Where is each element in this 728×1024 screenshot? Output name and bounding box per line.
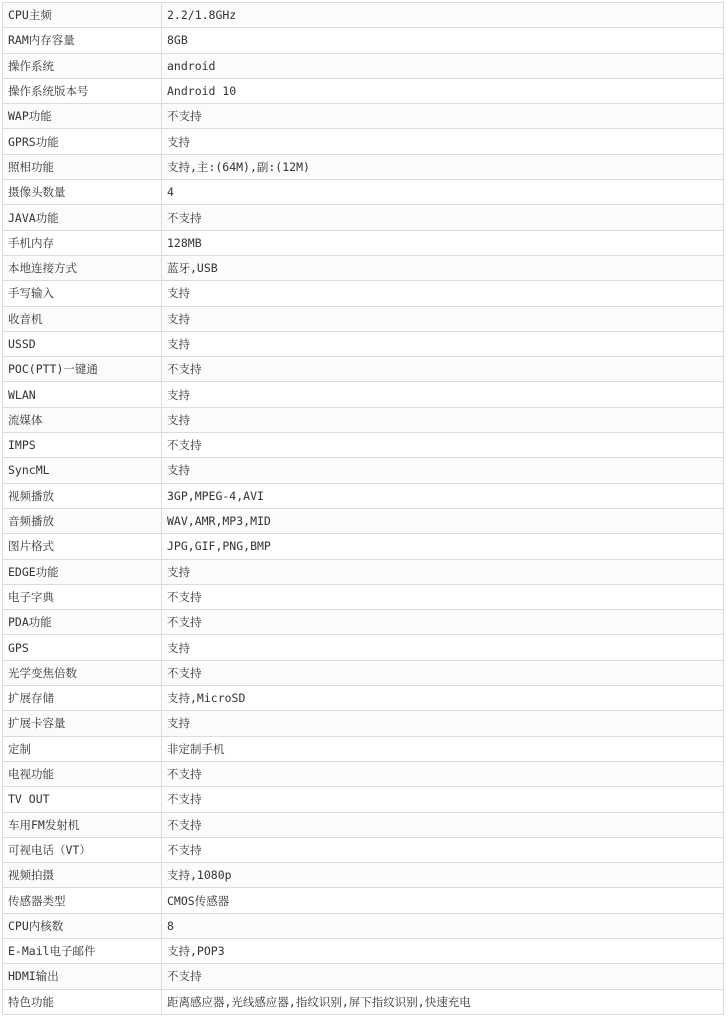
spec-value: 不支持 [162, 205, 724, 230]
spec-table-body: CPU主频2.2/1.8GHzRAM内存容量8GB操作系统android操作系统… [3, 3, 724, 1015]
spec-row: 流媒体支持 [3, 407, 724, 432]
spec-label: 摄像头数量 [3, 180, 162, 205]
spec-label: RAM内存容量 [3, 28, 162, 53]
spec-row: 操作系统版本号Android 10 [3, 78, 724, 103]
spec-row: TV OUT不支持 [3, 787, 724, 812]
spec-row: HDMI输出不支持 [3, 964, 724, 989]
spec-label: 音频播放 [3, 508, 162, 533]
spec-row: 扩展卡容量支持 [3, 711, 724, 736]
spec-row: 音频播放WAV,AMR,MP3,MID [3, 508, 724, 533]
spec-row: E-Mail电子邮件支持,POP3 [3, 938, 724, 963]
spec-label: CPU主频 [3, 3, 162, 28]
spec-value: 不支持 [162, 964, 724, 989]
spec-value: 不支持 [162, 787, 724, 812]
spec-value: 不支持 [162, 812, 724, 837]
spec-label: JAVA功能 [3, 205, 162, 230]
spec-row: 操作系统android [3, 53, 724, 78]
spec-label: 收音机 [3, 306, 162, 331]
spec-value: android [162, 53, 724, 78]
spec-row: JAVA功能不支持 [3, 205, 724, 230]
spec-label: 操作系统 [3, 53, 162, 78]
spec-value: 8 [162, 913, 724, 938]
spec-label: 光学变焦倍数 [3, 660, 162, 685]
spec-label: PDA功能 [3, 610, 162, 635]
spec-label: 流媒体 [3, 407, 162, 432]
spec-row: EDGE功能支持 [3, 559, 724, 584]
spec-row: POC(PTT)一键通不支持 [3, 357, 724, 382]
spec-value: 支持 [162, 382, 724, 407]
spec-value: 不支持 [162, 433, 724, 458]
spec-value: 支持,1080p [162, 863, 724, 888]
spec-value: 支持 [162, 635, 724, 660]
spec-label: 定制 [3, 736, 162, 761]
spec-row: WAP功能不支持 [3, 104, 724, 129]
spec-label: 照相功能 [3, 154, 162, 179]
spec-value: Android 10 [162, 78, 724, 103]
spec-row: WLAN支持 [3, 382, 724, 407]
spec-row: CPU主频2.2/1.8GHz [3, 3, 724, 28]
spec-value: 蓝牙,USB [162, 255, 724, 280]
spec-label: 扩展存储 [3, 686, 162, 711]
spec-row: 可视电话（VT）不支持 [3, 837, 724, 862]
spec-row: 传感器类型CMOS传感器 [3, 888, 724, 913]
spec-row: 收音机支持 [3, 306, 724, 331]
spec-label: 本地连接方式 [3, 255, 162, 280]
spec-row: 手机内存128MB [3, 230, 724, 255]
spec-value: 支持,POP3 [162, 938, 724, 963]
spec-row: 摄像头数量4 [3, 180, 724, 205]
spec-value: 不支持 [162, 837, 724, 862]
spec-label: GPS [3, 635, 162, 660]
spec-label: 图片格式 [3, 534, 162, 559]
spec-table: CPU主频2.2/1.8GHzRAM内存容量8GB操作系统android操作系统… [2, 2, 724, 1015]
spec-label: HDMI输出 [3, 964, 162, 989]
spec-row: 扩展存储支持,MicroSD [3, 686, 724, 711]
spec-label: WAP功能 [3, 104, 162, 129]
spec-value: 支持 [162, 281, 724, 306]
spec-value: 3GP,MPEG-4,AVI [162, 483, 724, 508]
spec-value: 距离感应器,光线感应器,指纹识别,屏下指纹识别,快速充电 [162, 989, 724, 1014]
spec-row: CPU内核数8 [3, 913, 724, 938]
spec-row: GPS支持 [3, 635, 724, 660]
spec-value: 8GB [162, 28, 724, 53]
spec-label: 特色功能 [3, 989, 162, 1014]
spec-row: 特色功能距离感应器,光线感应器,指纹识别,屏下指纹识别,快速充电 [3, 989, 724, 1014]
spec-row: 车用FM发射机不支持 [3, 812, 724, 837]
spec-label: USSD [3, 331, 162, 356]
spec-row: 图片格式JPG,GIF,PNG,BMP [3, 534, 724, 559]
spec-value: 支持 [162, 306, 724, 331]
spec-value: 128MB [162, 230, 724, 255]
spec-row: RAM内存容量8GB [3, 28, 724, 53]
spec-row: GPRS功能支持 [3, 129, 724, 154]
spec-value: 不支持 [162, 584, 724, 609]
spec-value: 支持 [162, 711, 724, 736]
spec-value: 不支持 [162, 610, 724, 635]
spec-value: 不支持 [162, 357, 724, 382]
spec-label: 电视功能 [3, 761, 162, 786]
spec-label: 操作系统版本号 [3, 78, 162, 103]
spec-label: GPRS功能 [3, 129, 162, 154]
spec-value: 不支持 [162, 660, 724, 685]
spec-value: 支持 [162, 559, 724, 584]
spec-label: EDGE功能 [3, 559, 162, 584]
spec-label: 手写输入 [3, 281, 162, 306]
spec-row: 照相功能支持,主:(64M),副:(12M) [3, 154, 724, 179]
spec-label: IMPS [3, 433, 162, 458]
spec-row: 电视功能不支持 [3, 761, 724, 786]
spec-row: 电子字典不支持 [3, 584, 724, 609]
spec-value: 4 [162, 180, 724, 205]
spec-label: 电子字典 [3, 584, 162, 609]
spec-value: 支持,主:(64M),副:(12M) [162, 154, 724, 179]
spec-row: 视频拍摄支持,1080p [3, 863, 724, 888]
spec-value: 不支持 [162, 761, 724, 786]
spec-value: 2.2/1.8GHz [162, 3, 724, 28]
spec-label: CPU内核数 [3, 913, 162, 938]
spec-value: 支持 [162, 129, 724, 154]
spec-row: SyncML支持 [3, 458, 724, 483]
spec-label: 传感器类型 [3, 888, 162, 913]
spec-row: 光学变焦倍数不支持 [3, 660, 724, 685]
spec-value: 支持 [162, 331, 724, 356]
spec-value: WAV,AMR,MP3,MID [162, 508, 724, 533]
spec-row: IMPS不支持 [3, 433, 724, 458]
spec-value: 不支持 [162, 104, 724, 129]
spec-row: 定制非定制手机 [3, 736, 724, 761]
spec-label: 视频播放 [3, 483, 162, 508]
spec-row: 手写输入支持 [3, 281, 724, 306]
spec-row: USSD支持 [3, 331, 724, 356]
spec-label: 可视电话（VT） [3, 837, 162, 862]
spec-label: E-Mail电子邮件 [3, 938, 162, 963]
spec-label: 手机内存 [3, 230, 162, 255]
spec-row: PDA功能不支持 [3, 610, 724, 635]
spec-row: 视频播放3GP,MPEG-4,AVI [3, 483, 724, 508]
spec-label: 视频拍摄 [3, 863, 162, 888]
spec-value: 非定制手机 [162, 736, 724, 761]
spec-value: 支持 [162, 407, 724, 432]
spec-label: 扩展卡容量 [3, 711, 162, 736]
spec-value: CMOS传感器 [162, 888, 724, 913]
spec-label: POC(PTT)一键通 [3, 357, 162, 382]
spec-value: JPG,GIF,PNG,BMP [162, 534, 724, 559]
spec-value: 支持,MicroSD [162, 686, 724, 711]
spec-label: WLAN [3, 382, 162, 407]
spec-label: 车用FM发射机 [3, 812, 162, 837]
spec-value: 支持 [162, 458, 724, 483]
spec-label: SyncML [3, 458, 162, 483]
spec-row: 本地连接方式蓝牙,USB [3, 255, 724, 280]
spec-label: TV OUT [3, 787, 162, 812]
